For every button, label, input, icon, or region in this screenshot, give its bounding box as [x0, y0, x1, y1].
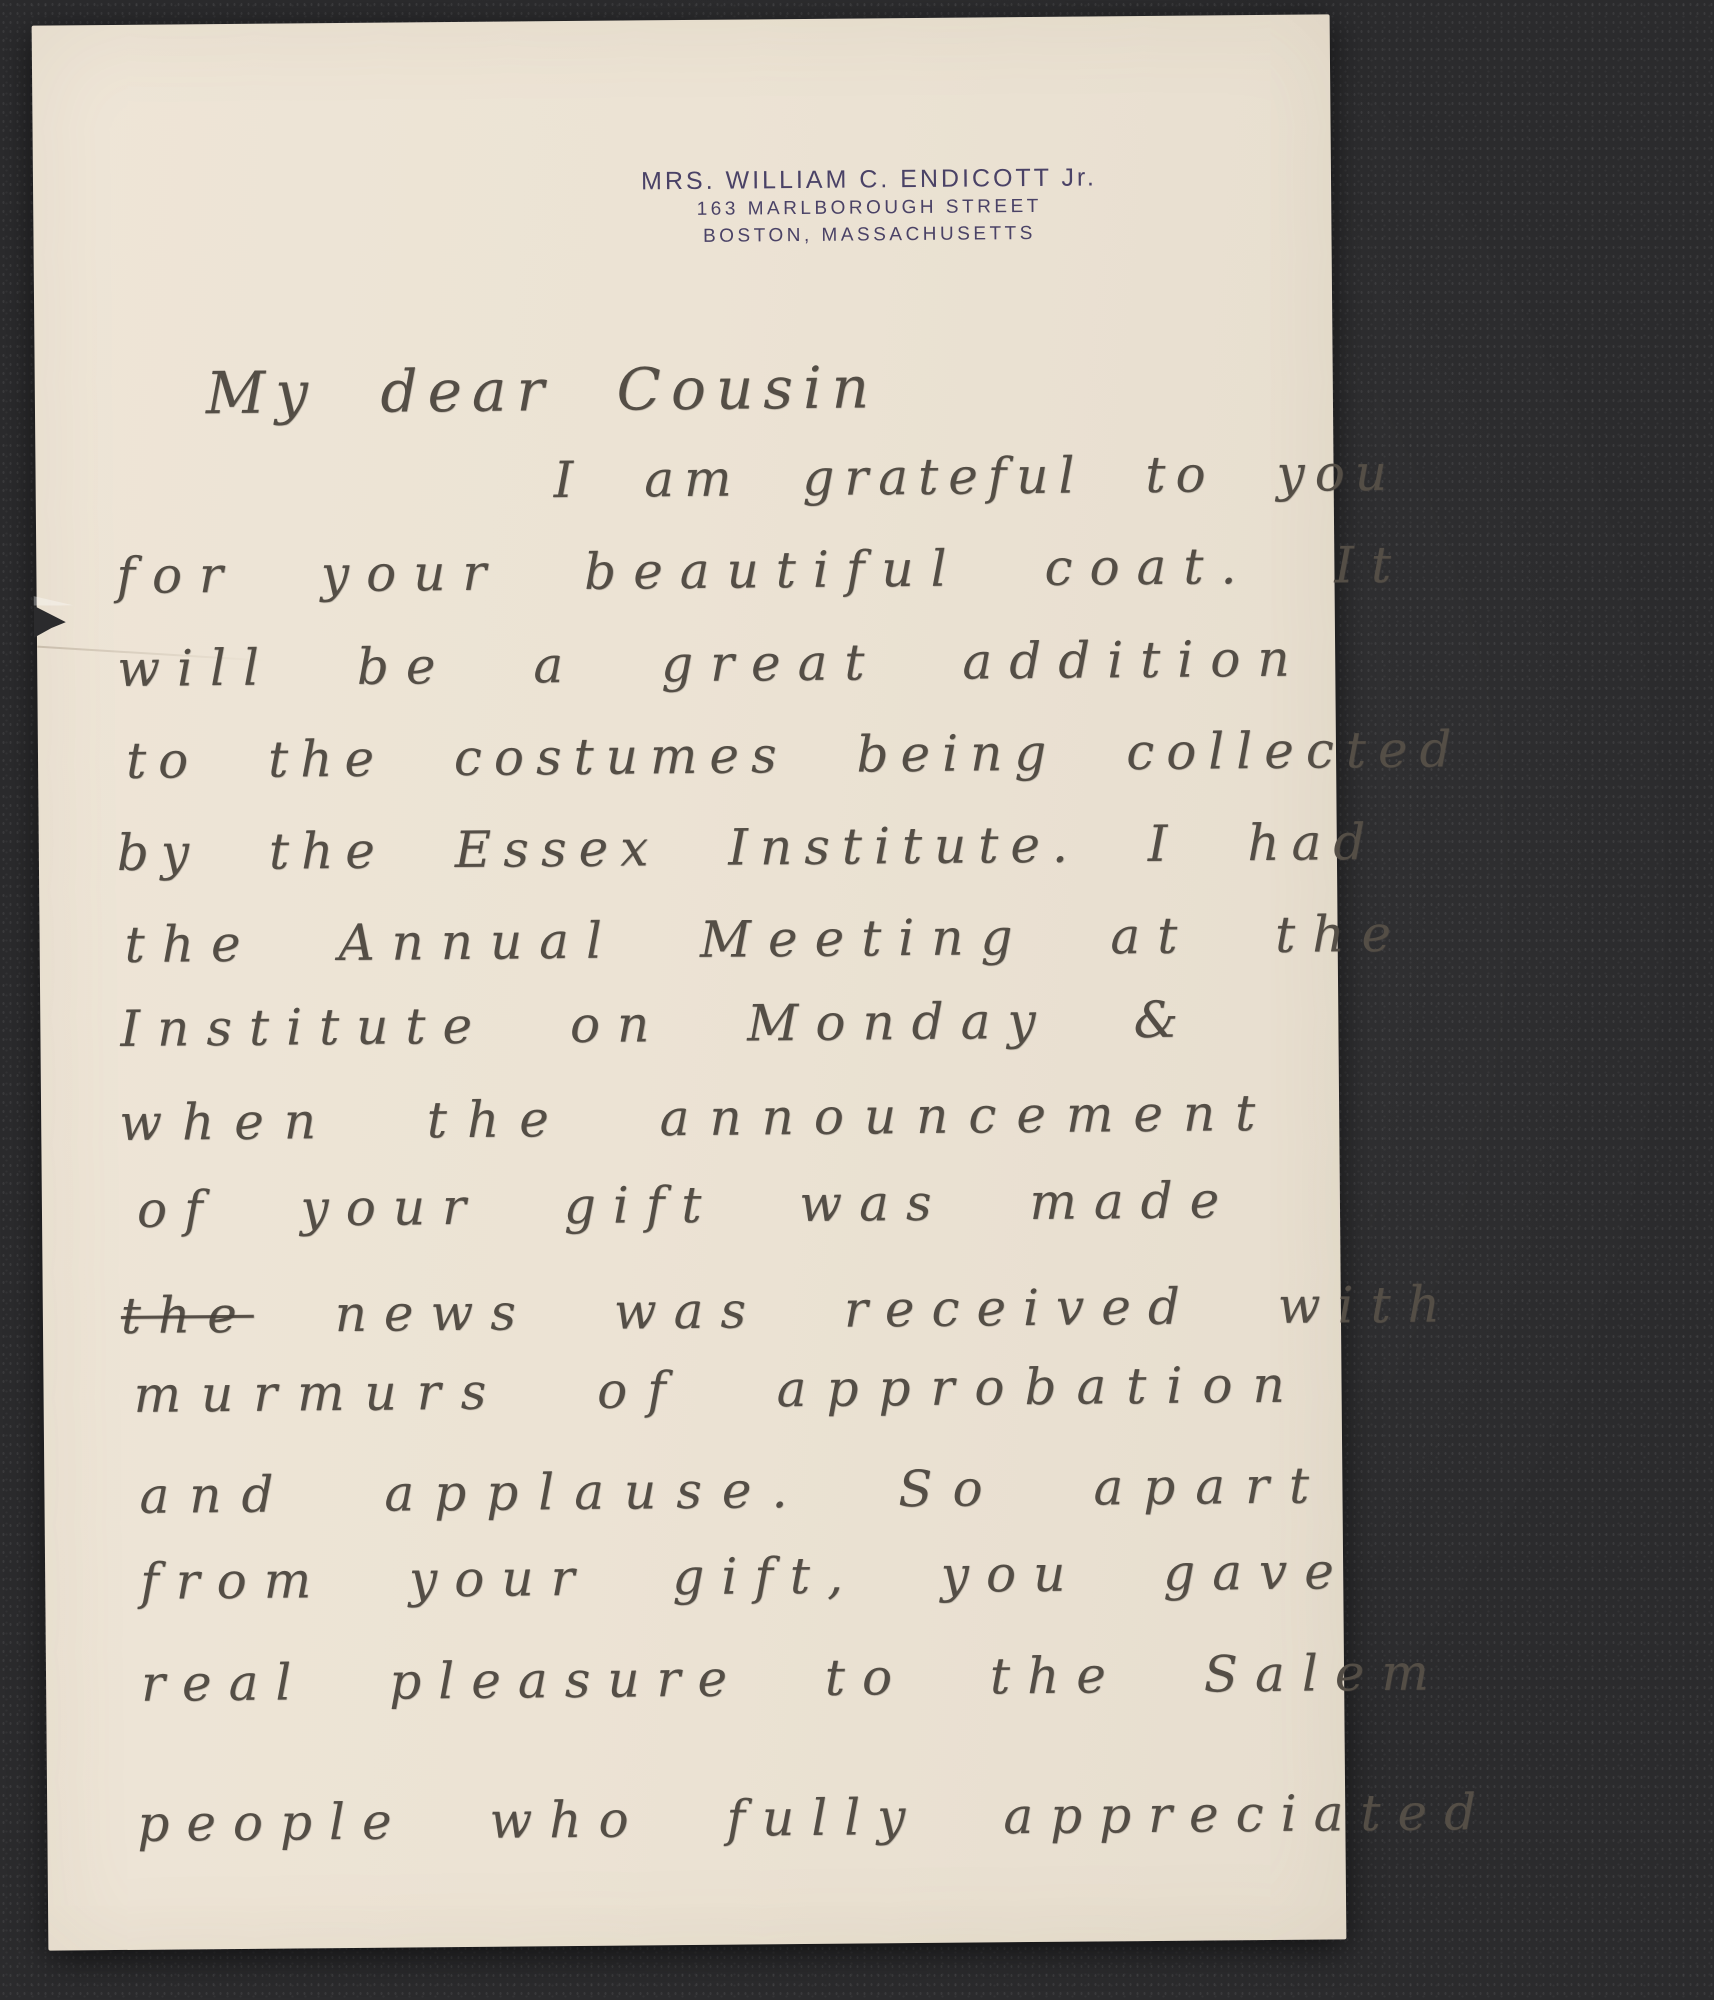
- struck-word: the: [121, 1286, 254, 1345]
- salutation-line: My dear Cousin: [206, 356, 880, 426]
- body-line: Institute on Monday &: [120, 993, 1195, 1057]
- body-line: of your gift was made: [137, 1173, 1237, 1238]
- letter-paper: MRS. WILLIAM C. ENDICOTT Jr. 163 MARLBOR…: [32, 14, 1347, 1950]
- body-line: by the Essex Institute. I had: [117, 815, 1378, 881]
- photo-background: MRS. WILLIAM C. ENDICOTT Jr. 163 MARLBOR…: [0, 0, 1714, 2000]
- letterhead-name: MRS. WILLIAM C. ENDICOTT Jr.: [641, 162, 1097, 196]
- body-line: real pleasure to the Salem: [141, 1645, 1446, 1711]
- body-line: murmurs of approbation: [133, 1358, 1305, 1423]
- letterhead-city: BOSTON, MASSACHUSETTS: [641, 219, 1097, 250]
- letterhead-street: 163 MARLBOROUGH STREET: [641, 192, 1097, 223]
- body-line: the news was received with: [121, 1277, 1457, 1344]
- body-line: the Annual Meeting at the: [124, 907, 1408, 973]
- body-line: and applause. So apart: [139, 1458, 1329, 1523]
- body-line: when the announcement: [119, 1086, 1276, 1151]
- body-line-text: news was received with: [334, 1275, 1457, 1343]
- letterhead: MRS. WILLIAM C. ENDICOTT Jr. 163 MARLBOR…: [641, 162, 1098, 250]
- body-line: people who fully appreciated: [137, 1785, 1493, 1852]
- tear-highlight: [34, 593, 74, 605]
- tear-notch: [34, 605, 66, 637]
- body-line: for your beautiful coat. It: [116, 538, 1408, 604]
- body-line: from your gift, you gave: [140, 1544, 1351, 1610]
- body-line: I am grateful to you: [553, 446, 1397, 508]
- body-line: will be a great addition: [117, 632, 1307, 697]
- body-line: to the costumes being collected: [126, 722, 1464, 789]
